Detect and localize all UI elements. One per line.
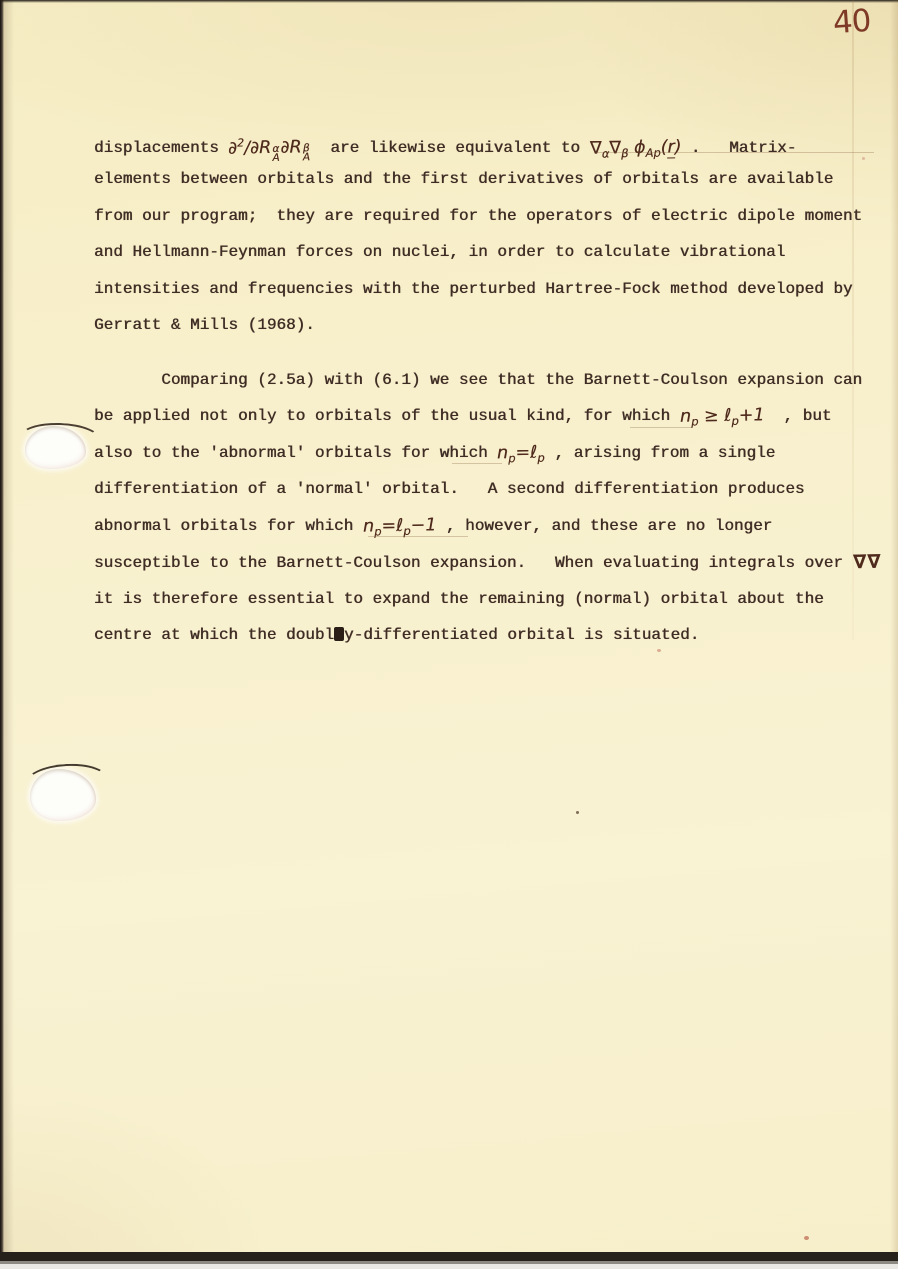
- typed-text: intensities and frequencies with the per…: [94, 280, 853, 298]
- typed-text: be applied not only to orbitals of the u…: [94, 407, 680, 425]
- typed-line: it is therefore essential to expand the …: [94, 581, 880, 617]
- typed-line: Comparing (2.5a) with (6.1) we see that …: [94, 362, 880, 398]
- typed-line: centre at which the doubly-differentiate…: [94, 617, 880, 653]
- typed-line: susceptible to the Barnett-Coulson expan…: [94, 544, 880, 580]
- faint-pen-line: [630, 427, 692, 428]
- faint-pen-line: [596, 152, 874, 153]
- typed-text: Gerratt & Mills (1968).: [94, 316, 315, 334]
- math-n-geq-l-plus-1: np ≥ ℓp+1: [679, 398, 764, 441]
- paragraph-1: displacements ∂2/∂RαA∂RβA are likewise e…: [94, 125, 880, 344]
- typed-text: differentiation of a 'normal' orbital. A…: [94, 480, 805, 498]
- typed-line: be applied not only to orbitals of the u…: [94, 398, 880, 434]
- typed-text: are likewise equivalent to: [311, 139, 589, 157]
- paper-speck: [576, 811, 579, 814]
- typed-line: from our program; they are required for …: [94, 198, 880, 234]
- typed-text: displacements: [94, 139, 228, 157]
- typed-text: also to the 'abnormal' orbitals for whic…: [94, 444, 497, 462]
- typed-line: elements between orbitals and the first …: [94, 161, 880, 197]
- typed-text: . Matrix-: [681, 139, 796, 157]
- paper-speck: [804, 1236, 809, 1240]
- typed-line: displacements ∂2/∂RαA∂RβA are likewise e…: [94, 125, 880, 161]
- paper-speck: [862, 157, 865, 160]
- typed-text: centre at which the doubl: [94, 626, 334, 644]
- paragraph-2: Comparing (2.5a) with (6.1) we see that …: [94, 362, 880, 654]
- typed-text: , however, and these are no longer: [436, 517, 772, 535]
- typed-text: and Hellmann-Feynman forces on nuclei, i…: [94, 243, 785, 261]
- typed-text: y-differentiated orbital is situated.: [344, 626, 699, 644]
- typed-text: elements between orbitals and the first …: [94, 170, 833, 188]
- typed-line: and Hellmann-Feynman forces on nuclei, i…: [94, 234, 880, 270]
- document-page: 40 displacements ∂2/∂RαA∂RβA are likewis…: [0, 0, 898, 1269]
- typed-text: it is therefore essential to expand the …: [94, 590, 824, 608]
- typed-line: Gerratt & Mills (1968).: [94, 307, 880, 343]
- math-del-del-phi: ∇α∇β ϕAp(r): [589, 129, 681, 172]
- typed-line: differentiation of a 'normal' orbital. A…: [94, 471, 880, 507]
- faint-pen-line: [368, 536, 468, 537]
- faint-pen-line: [452, 463, 502, 464]
- math-n-eq-l: np=ℓp: [497, 434, 545, 476]
- typed-text: Comparing (2.5a) with (6.1) we see that …: [94, 371, 862, 389]
- typed-text: abnormal orbitals for which: [94, 517, 363, 535]
- typed-line: abnormal orbitals for which np=ℓp−1 , ho…: [94, 508, 880, 544]
- paper-speck: [657, 649, 661, 652]
- typed-line: intensities and frequencies with the per…: [94, 271, 880, 307]
- math-n-eq-l-minus-1: np=ℓp−1: [362, 507, 436, 550]
- typed-text: susceptible to the Barnett-Coulson expan…: [94, 554, 853, 572]
- page-body: displacements ∂2/∂RαA∂RβA are likewise e…: [0, 0, 898, 1269]
- typed-text: , but: [764, 407, 831, 425]
- math-second-derivative: ∂2/∂RαA∂RβA: [228, 124, 311, 167]
- typed-text: , arising from a single: [545, 444, 775, 462]
- typed-line: also to the 'abnormal' orbitals for whic…: [94, 435, 880, 471]
- typed-text: from our program; they are required for …: [94, 207, 862, 225]
- math-del-del-bold: ∇∇: [852, 544, 881, 582]
- ink-blot: [334, 627, 344, 641]
